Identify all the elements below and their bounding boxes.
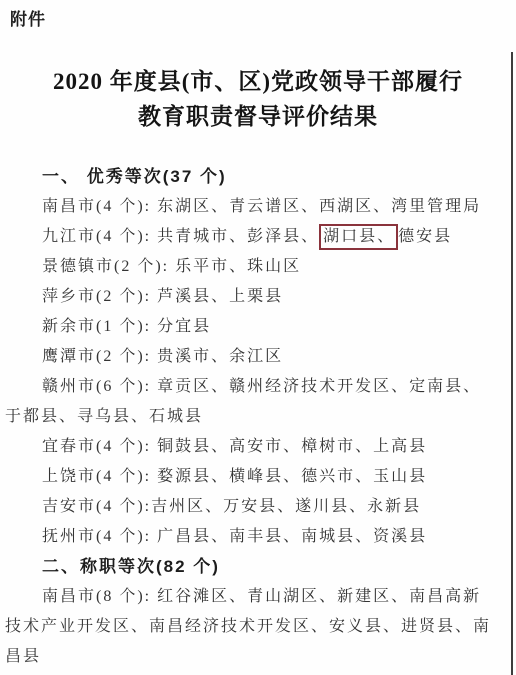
section-heading: 一、 优秀等次(37 个) bbox=[5, 162, 510, 192]
grade-section: 一、 优秀等次(37 个) 南昌市(4 个): 东湖区、青云谱区、西湖区、湾里管… bbox=[5, 162, 510, 552]
document-page: 附件 2020 年度县(市、区)党政领导干部履行 教育职责督导评价结果 一、 优… bbox=[0, 0, 516, 675]
entry-text-pre: 宜春市(4 个): 铜鼓县、高安市、樟树市、上高县 bbox=[42, 438, 427, 455]
entry-text-pre: 上饶市(4 个): 婺源县、横峰县、德兴市、玉山县 bbox=[42, 468, 427, 485]
entry-text-pre: 鹰潭市(2 个): 贵溪市、余江区 bbox=[42, 348, 283, 365]
entry-text-pre: 九江市(4 个): 共青城市、彭泽县、 bbox=[42, 228, 319, 245]
document-title: 2020 年度县(市、区)党政领导干部履行 教育职责督导评价结果 bbox=[14, 64, 502, 134]
city-entry-line: 上饶市(4 个): 婺源县、横峰县、德兴市、玉山县 bbox=[5, 462, 510, 492]
entry-text-post: 德安县 bbox=[398, 228, 452, 245]
city-entry-line: 南昌市(4 个): 东湖区、青云谱区、西湖区、湾里管理局 bbox=[5, 192, 510, 222]
sections-container: 一、 优秀等次(37 个) 南昌市(4 个): 东湖区、青云谱区、西湖区、湾里管… bbox=[0, 162, 516, 672]
city-entry-line: 赣州市(6 个): 章贡区、赣州经济技术开发区、定南县、 于都县、寻乌县、石城县 bbox=[5, 372, 510, 432]
entry-text-pre: 赣州市(6 个): 章贡区、赣州经济技术开发区、定南县、 于都县、寻乌县、石城县 bbox=[5, 378, 481, 425]
entry-text-pre: 抚州市(4 个): 广昌县、南丰县、南城县、资溪县 bbox=[42, 528, 427, 545]
entry-text-pre: 景德镇市(2 个): 乐平市、珠山区 bbox=[42, 258, 301, 275]
city-entry-line: 宜春市(4 个): 铜鼓县、高安市、樟树市、上高县 bbox=[5, 432, 510, 462]
document-title-line1: 2020 年度县(市、区)党政领导干部履行 bbox=[53, 69, 463, 94]
entry-text-pre: 南昌市(4 个): 东湖区、青云谱区、西湖区、湾里管理局 bbox=[42, 198, 481, 215]
grade-section: 二、称职等次(82 个) 南昌市(8 个): 红谷滩区、青山湖区、新建区、南昌高… bbox=[5, 552, 510, 672]
city-entry-line: 吉安市(4 个):吉州区、万安县、遂川县、永新县 bbox=[5, 492, 510, 522]
city-entry-line: 景德镇市(2 个): 乐平市、珠山区 bbox=[5, 252, 510, 282]
city-entry-line: 南昌市(8 个): 红谷滩区、青山湖区、新建区、南昌高新 技术产业开发区、南昌经… bbox=[5, 582, 510, 672]
city-entry-line: 九江市(4 个): 共青城市、彭泽县、湖口县、德安县 bbox=[5, 222, 510, 252]
attachment-label: 附件 bbox=[0, 0, 516, 32]
document-title-line2: 教育职责督导评价结果 bbox=[138, 104, 378, 129]
city-entry-line: 鹰潭市(2 个): 贵溪市、余江区 bbox=[5, 342, 510, 372]
section-heading: 二、称职等次(82 个) bbox=[5, 552, 510, 582]
page-edge-line bbox=[511, 52, 513, 675]
section-entries: 南昌市(8 个): 红谷滩区、青山湖区、新建区、南昌高新 技术产业开发区、南昌经… bbox=[5, 582, 510, 672]
highlight-box: 湖口县、 bbox=[319, 224, 398, 250]
entry-text-pre: 吉安市(4 个):吉州区、万安县、遂川县、永新县 bbox=[42, 498, 421, 515]
city-entry-line: 抚州市(4 个): 广昌县、南丰县、南城县、资溪县 bbox=[5, 522, 510, 552]
city-entry-line: 新余市(1 个): 分宜县 bbox=[5, 312, 510, 342]
city-entry-line: 萍乡市(2 个): 芦溪县、上栗县 bbox=[5, 282, 510, 312]
entry-text-pre: 新余市(1 个): 分宜县 bbox=[42, 318, 211, 335]
section-entries: 南昌市(4 个): 东湖区、青云谱区、西湖区、湾里管理局 九江市(4 个): 共… bbox=[5, 192, 510, 552]
entry-text-pre: 萍乡市(2 个): 芦溪县、上栗县 bbox=[42, 288, 283, 305]
entry-text-pre: 南昌市(8 个): 红谷滩区、青山湖区、新建区、南昌高新 技术产业开发区、南昌经… bbox=[5, 588, 491, 665]
